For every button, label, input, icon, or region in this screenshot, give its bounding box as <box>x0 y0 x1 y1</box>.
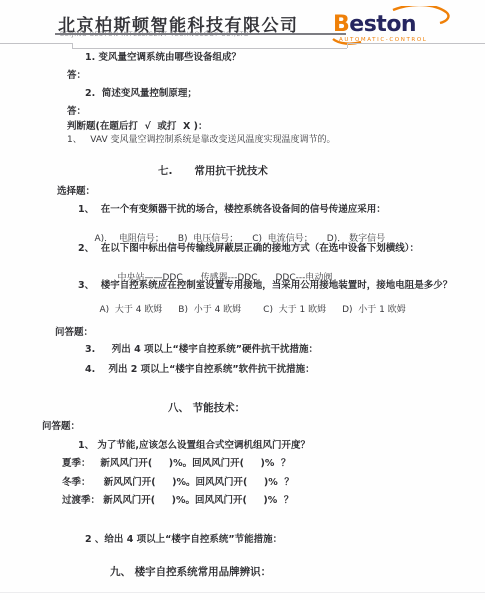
beston-logo: Beston AUTOMATIC-CONTROL <box>325 6 460 46</box>
section-9-title: 九、 楼宇自控系统常用品牌辨识： <box>110 566 271 579</box>
header-step-line-left <box>0 43 72 44</box>
s7-question-3: 3、 楼宇自控系统应在控制室设置专用接地，当采用公用接地装置时，接地电阻是多少？ <box>78 280 452 291</box>
vav-question-1: 1. 变风量空调系统由哪些设备组成？ <box>85 52 241 63</box>
s7-question-4b: 4. 列出 2 项以上“楼宇自控系统”软件抗干扰措施： <box>85 364 315 375</box>
damper-row-summer: 夏季： 新风风门开( )%。回风风门开( )% ？ <box>62 458 291 469</box>
vav-answer-1: 答： <box>67 70 86 81</box>
s7-q3-options: A) 大于 4 欧姆B) 小于 4 欧姆C) 大于 1 欧姆D) 小于 1 欧姆 <box>88 294 420 326</box>
header-step-line-right <box>347 43 485 44</box>
s7-q3-option-a: A) 大于 4 欧姆 <box>99 305 162 316</box>
qa-section-title-7: 问答题： <box>55 327 93 338</box>
section-8-title: 八、 节能技术： <box>168 402 245 415</box>
judge-question-1: 1、 VAV 变风量空调控制系统是靠改变送风温度实现温度调节的。 <box>67 135 336 146</box>
s7-q3-option-b: B) 小于 4 欧姆 <box>178 305 241 316</box>
header-rule <box>55 33 346 35</box>
s7-q3-option-d: D) 小于 1 欧姆 <box>342 305 406 316</box>
document-page: 北京柏斯顿智能科技有限公司 BEIJING BESTON INTELLIGENT… <box>0 0 485 600</box>
choice-section-title: 选择题： <box>57 186 95 197</box>
s8-question-2: 2 、给出 4 项以上“楼宇自控系统”节能措施： <box>85 534 282 545</box>
judge-section-title: 判断题(在题后打 √ 或打 X )： <box>67 121 208 132</box>
header-step-line-mid <box>72 48 347 49</box>
vav-answer-2: 答： <box>67 106 86 117</box>
s8-question-1: 1、 为了节能,应该怎么设置组合式空调机组风门开度？ <box>78 440 310 451</box>
section-7-title: 七. 常用抗干扰技术 <box>158 165 268 178</box>
vav-question-2: 2. 简述变风量控制原理； <box>85 88 197 99</box>
scan-edge-line <box>0 592 485 593</box>
s7-q3-option-c: C) 大于 1 欧姆 <box>263 305 326 316</box>
qa-section-title-8: 问答题： <box>42 421 80 432</box>
s7-question-2: 2、 在以下图中标出信号传输线屏蔽层正确的接地方式（在选中设备下划横线）： <box>78 243 419 254</box>
damper-row-transition: 过渡季： 新风风门开( )%。回风风门开( )% ？ <box>62 495 293 506</box>
logo-letters-rest: eston <box>349 12 416 37</box>
s7-question-1: 1、 在一个有变频器干扰的场合，楼控系统各设备间的信号传递应采用： <box>78 204 386 215</box>
s7-question-3b: 3. 列出 4 项以上“楼宇自控系统”硬件抗干扰措施： <box>85 344 318 355</box>
damper-row-winter: 冬季： 新风风门开( )%。回风风门开( )% ？ <box>62 477 294 488</box>
